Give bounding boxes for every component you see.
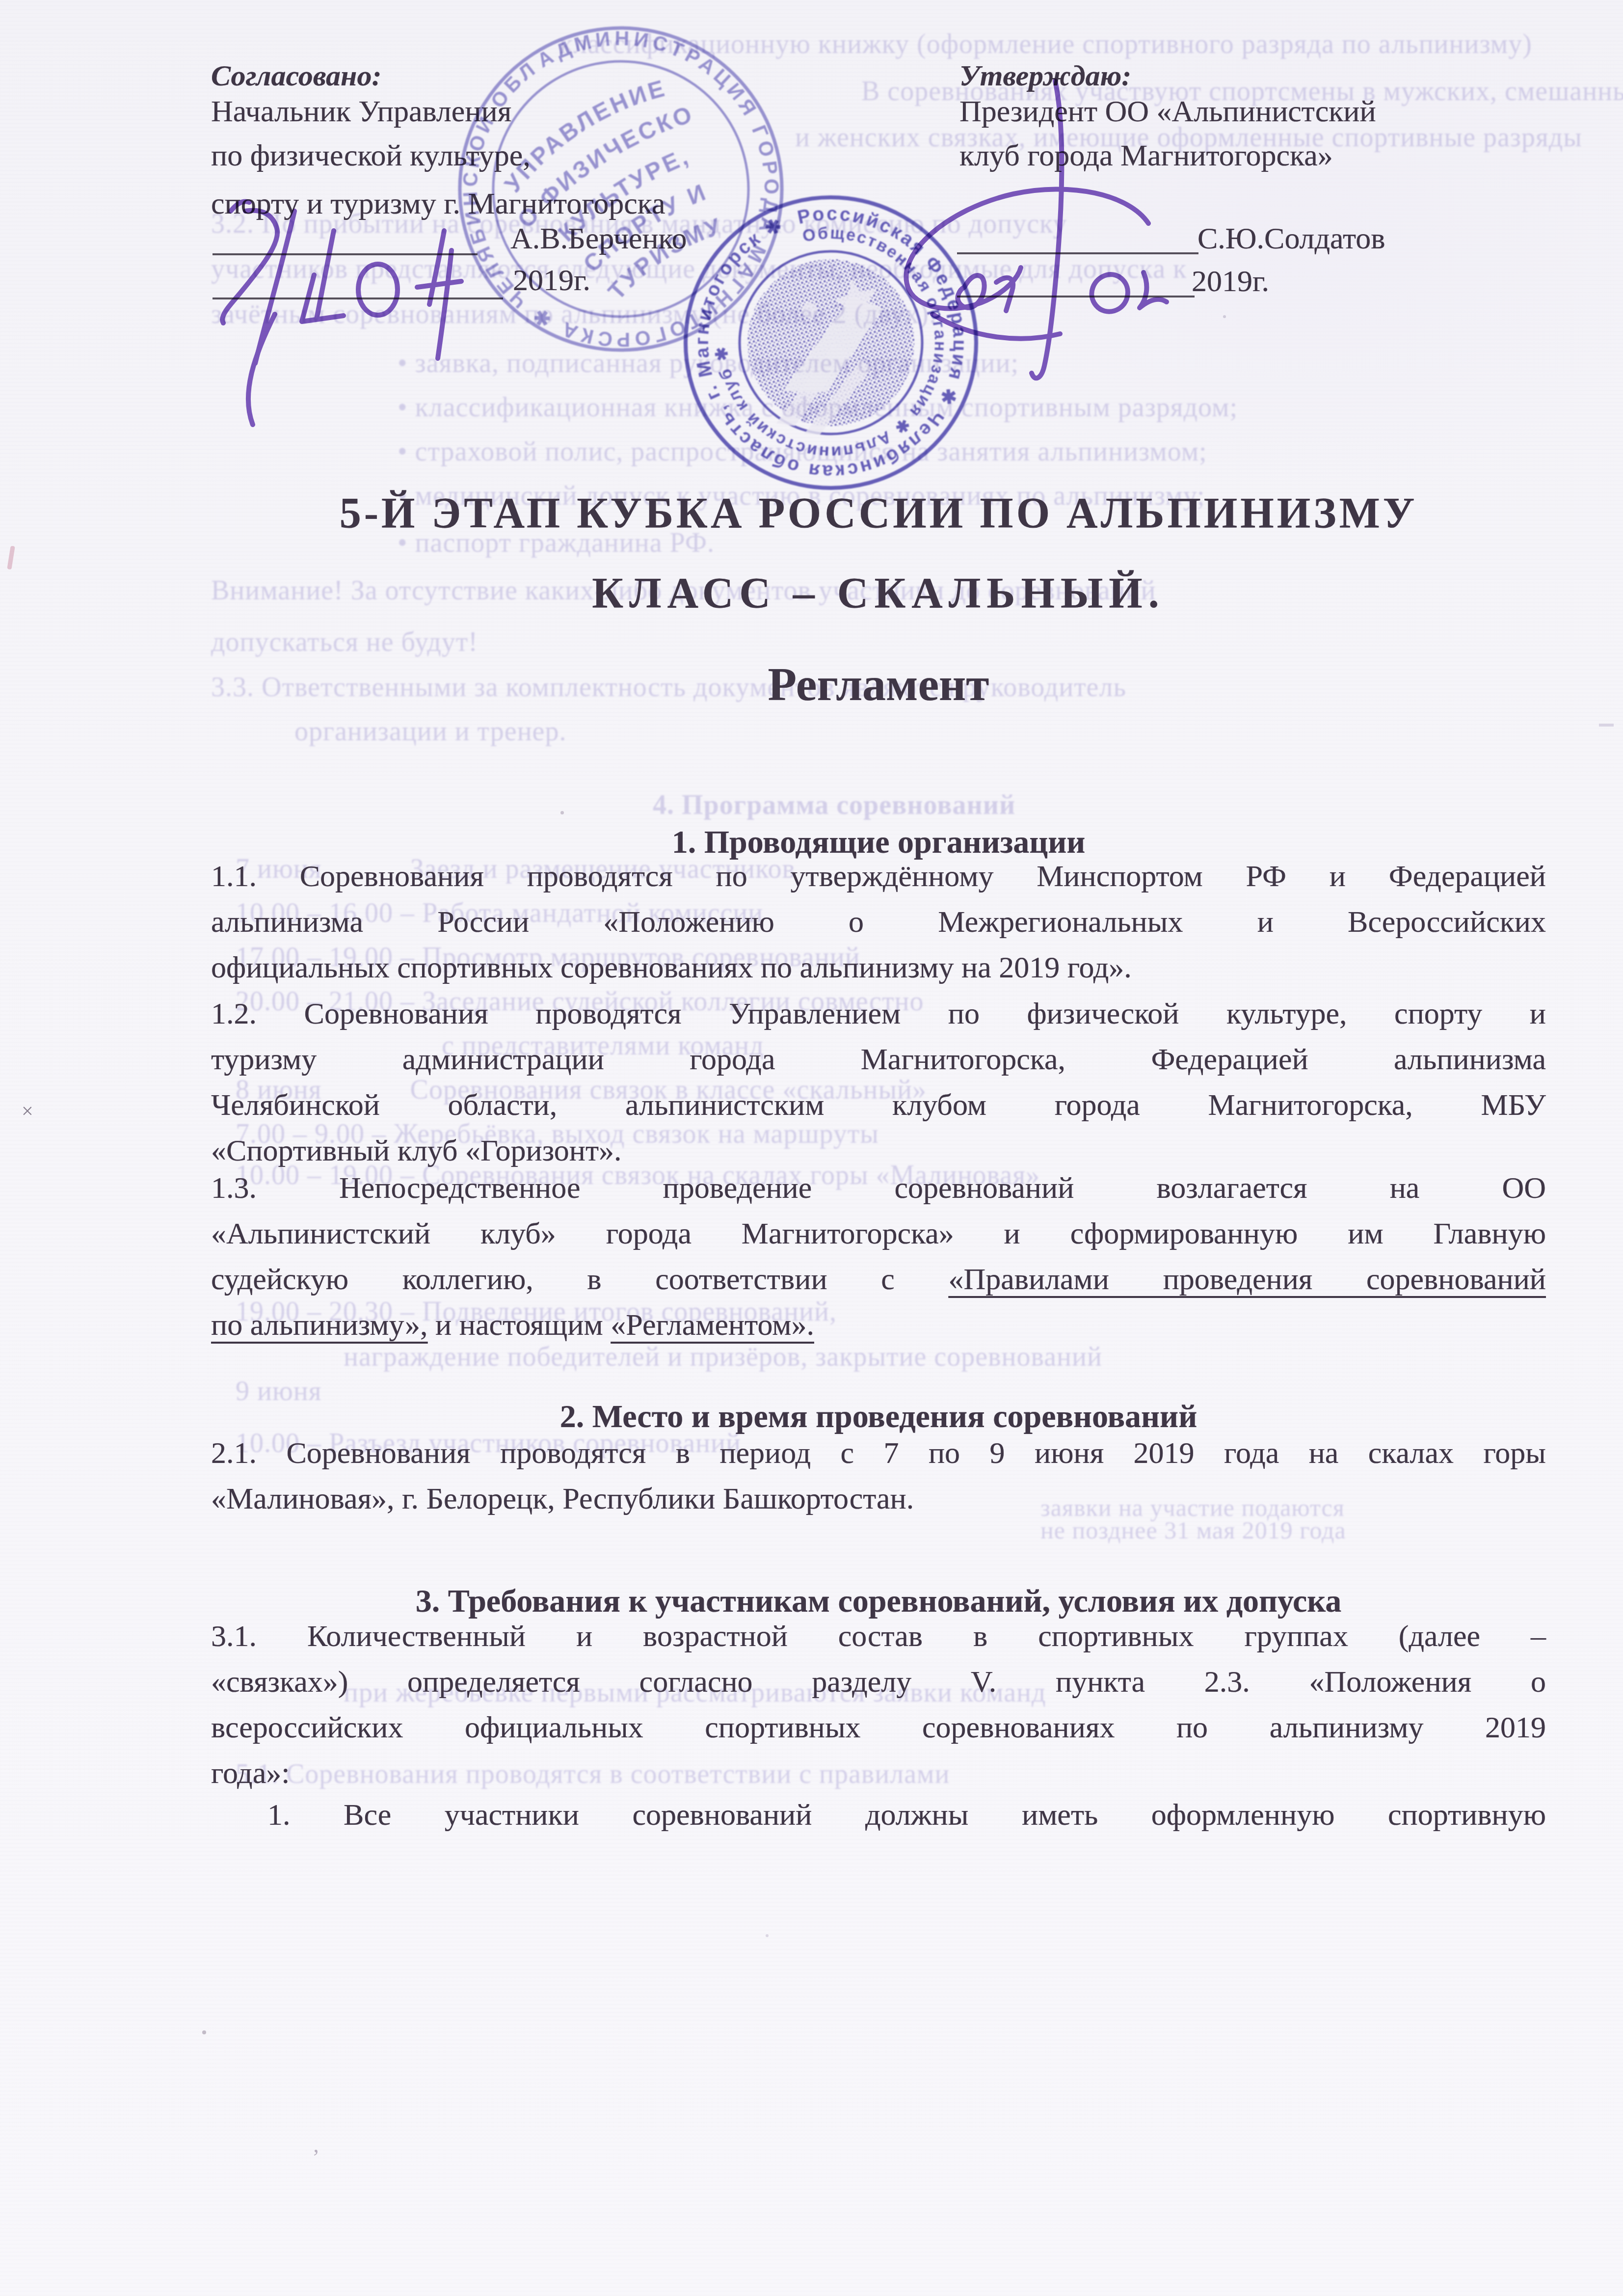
paragraph-line: по альпинизму», и настоящим «Регламентом… <box>211 1308 1546 1353</box>
text-segment: судейскую коллегию, в соответствии с <box>211 1263 948 1296</box>
paragraph-2-1: 2.1. Соревнования проводятся в период с … <box>211 1436 1546 1527</box>
section3-heading: 3. Требования к участникам соревнований,… <box>211 1583 1546 1620</box>
bleed-line: допускаться не будут! <box>211 628 478 656</box>
bleed-line: 4. Программа соревнований <box>653 791 1015 819</box>
speck <box>1223 315 1226 318</box>
speck <box>766 1934 769 1937</box>
underlined-reference: «Правилами проведения соревнований <box>948 1263 1546 1296</box>
paragraph-line: «Малиновая», г. Белорецк, Республики Баш… <box>211 1482 1546 1527</box>
edge-mark <box>1599 724 1614 727</box>
title-line-3: Регламент <box>211 657 1546 711</box>
paragraph-line: 1.3. Непосредственное проведение соревно… <box>211 1171 1546 1216</box>
paragraph-line: судейскую коллегию, в соответствии с «Пр… <box>211 1262 1546 1308</box>
paragraph-line: официальных спортивных соревнованиях по … <box>211 950 1546 996</box>
paragraph-line: всероссийских официальных спортивных сор… <box>211 1710 1546 1756</box>
paragraph-1-1: 1.1. Соревнования проводятся по утверждё… <box>211 859 1546 996</box>
approve-year: 2019г. <box>1192 266 1269 297</box>
title-line-1: 5-Й ЭТАП КУБКА РОССИИ ПО АЛЬПИНИЗМУ <box>211 488 1546 538</box>
paragraph-line: 1.2. Соревнования проводятся Управлением… <box>211 997 1546 1042</box>
paragraph-line: альпинизма России «Положению о Межрегион… <box>211 905 1546 950</box>
scanned-document-page: классификационную книжку (оформление спо… <box>0 0 1623 2296</box>
section1-heading: 1. Проводящие организации <box>211 824 1546 861</box>
approve-name: С.Ю.Солдатов <box>1197 223 1385 254</box>
edge-mark: × <box>22 1100 33 1123</box>
paragraph-line: года»: <box>211 1756 1546 1802</box>
underlined-reference: «Регламентом». <box>611 1308 814 1342</box>
text-segment: и настоящим <box>428 1308 611 1342</box>
paragraph-1-3: 1.3. Непосредственное проведение соревно… <box>211 1171 1546 1353</box>
title-line-2: КЛАСС – СКАЛЬНЫЙ. <box>211 568 1546 618</box>
paragraph-line: туризму администрации города Магнитогорс… <box>211 1042 1546 1088</box>
signature-left <box>186 187 530 442</box>
paragraph-3-1: 3.1. Количественный и возрастной состав … <box>211 1619 1546 1802</box>
bleed-line: организации и тренер. <box>294 718 566 745</box>
signature-right <box>859 64 1202 407</box>
paragraph-line: 1. Все участники соревнований должны име… <box>211 1798 1546 1843</box>
paragraph-line: «Альпинистский клуб» города Магнитогорск… <box>211 1216 1546 1262</box>
speck: ’ <box>312 2144 319 2170</box>
paragraph-line: 1.1. Соревнования проводятся по утверждё… <box>211 859 1546 905</box>
speck <box>202 2030 206 2034</box>
paragraph-line: Челябинской области, альпинистским клубо… <box>211 1088 1546 1134</box>
agreed-label: Согласовано: <box>211 59 381 93</box>
paragraph-line: 2.1. Соревнования проводятся в период с … <box>211 1436 1546 1482</box>
paragraph-line: 3.1. Количественный и возрастной состав … <box>211 1619 1546 1665</box>
section2-heading: 2. Место и время проведения соревнований <box>211 1398 1546 1435</box>
speck <box>560 811 564 814</box>
underlined-reference: по альпинизму», <box>211 1308 428 1342</box>
paragraph-1-2: 1.2. Соревнования проводятся Управлением… <box>211 997 1546 1179</box>
paragraph-line: «связках») определяется согласно разделу… <box>211 1665 1546 1710</box>
paragraph-list-item: 1. Все участники соревнований должны име… <box>211 1798 1546 1843</box>
